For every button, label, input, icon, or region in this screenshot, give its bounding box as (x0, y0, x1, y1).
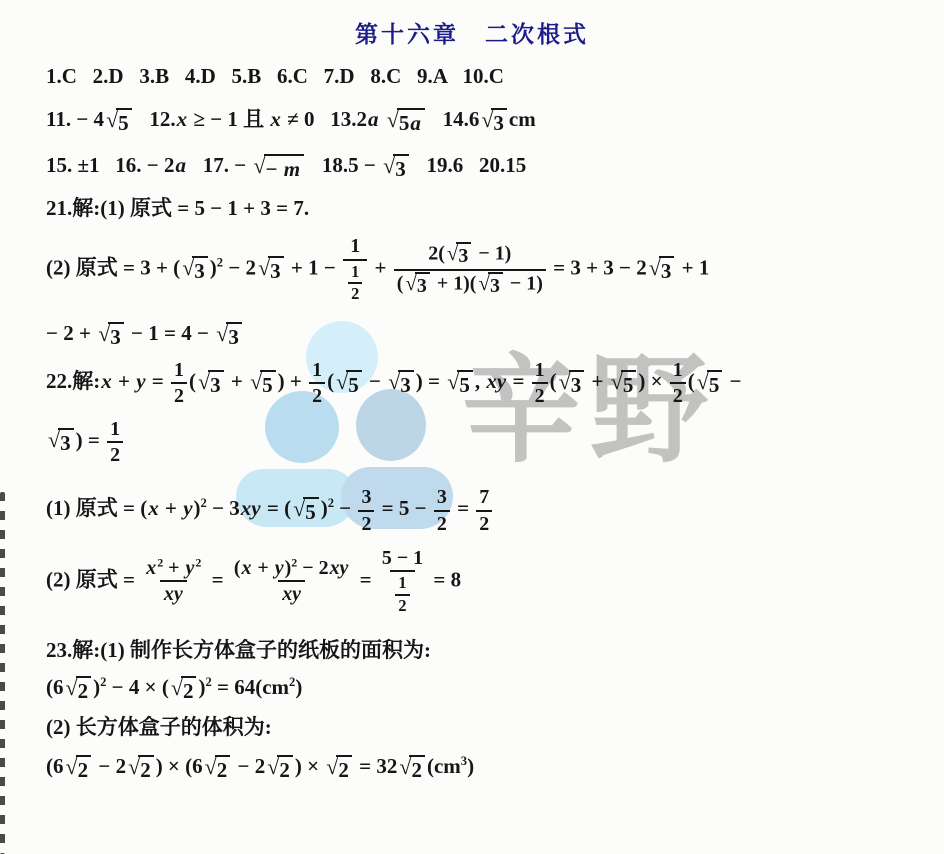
answer-page: 第十六章 二次根式 1.C 2.D 3.B 4.D 5.B 6.C 7.D 8.… (0, 16, 944, 782)
line-problem-23-part2-label: (2) 长方体盒子的体积为: (46, 713, 938, 742)
line-answers-15-20: 15. ±1 16. − 2a 17. − √− m 18.5 − √3 19.… (46, 151, 938, 181)
solutions-content: 1.C 2.D 3.B 4.D 5.B 6.C 7.D 8.C 9.A 10.C… (0, 62, 944, 782)
line-problem-21-part2: (2) 原式 = 3 + (√3)2 − 2√3 + 1 − 112 + 2(√… (46, 235, 938, 304)
line-problem-21-part2-cont: − 2 + √3 − 1 = 4 − √3 (46, 319, 938, 349)
page-title: 第十六章 二次根式 (0, 16, 944, 49)
line-problem-22-part1: (1) 原式 = (x + y)2 − 3xy = (√5)2 − 32 = 5… (46, 486, 938, 535)
line-problem-23-part2-formula: (6√2 − 2√2) × (6√2 − 2√2) × √2 = 32√2(cm… (46, 752, 938, 782)
line-problem-23-part1-label: 23.解:(1) 制作长方体盒子的纸板的面积为: (46, 636, 938, 665)
line-problem-22-setup: 22.解:x + y = 12(√3 + √5) + 12(√5 − √3) =… (46, 359, 938, 408)
line-problem-22-part2: (2) 原式 = x2 + y2xy = (x + y)2 − 2xyxy = … (46, 547, 938, 616)
line-problem-22-setup-cont: √3) = 12 (46, 418, 938, 467)
line-problem-21-part1: 21.解:(1) 原式 = 5 − 1 + 3 = 7. (46, 194, 938, 223)
line-answers-11-14: 11. − 4√5 12.x ≥ − 1 且 x ≠ 0 13.2a √5a 1… (46, 105, 938, 135)
line-answers-1-10: 1.C 2.D 3.B 4.D 5.B 6.C 7.D 8.C 9.A 10.C (46, 62, 938, 90)
line-problem-23-part1-formula: (6√2)2 − 4 × (√2)2 = 64(cm2) (46, 673, 938, 703)
